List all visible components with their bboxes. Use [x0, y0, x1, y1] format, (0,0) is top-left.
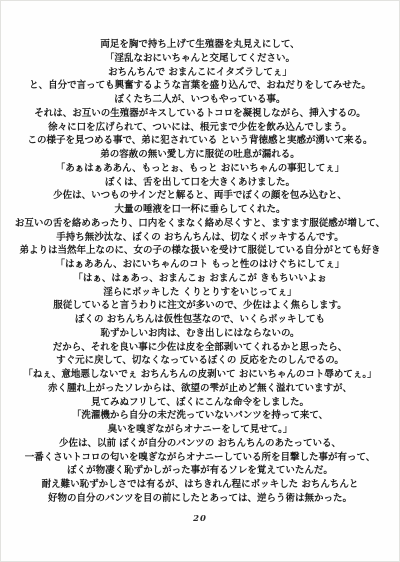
text-line: 少佐は、いつものサインだと解ると、両手でぼくの顔を包み込むと、 — [9, 189, 391, 203]
text-line: 一番くさいトコロの匂いを嗅ぎながらオナニーしている所を目撃した事が有って、 — [9, 451, 391, 465]
text-line: お互いの舌を絡めあったり、口内をくまなく絡め尽くすと、ますます服従感が増して、 — [9, 217, 391, 231]
text-line: と、自分で言っても興奮するような言葉を盛り込んで、おねだりをしてみせた。 — [9, 79, 391, 93]
text-line: 「ねぇ、意地悪しないでぇ おちんちんの皮剥いて おにいちゃんのコト辱めてぇ。」 — [9, 368, 391, 382]
text-line: 少佐は、以前 ぼくが自分のパンツの おちんちんのあたっている、 — [9, 437, 391, 451]
text-line: 恥ずかしいお肉は、むき出しにはならないの。 — [9, 327, 391, 341]
text-line: 弟よりは当然年上なのに、女の子の様な扱いを受けて服従している自分がとても好き — [9, 244, 391, 258]
text-line: 「はぁ、はぁあっ、おまんこぉ おまんこが きもちいいよぉ — [9, 272, 391, 286]
text-line: 赤く腫れ上がったソレからは、欲望の雫が止めど無く溢れていますが、 — [9, 382, 391, 396]
text-line: だから、それを良い事に少佐は皮を全部剥いてくれるかと思ったら、 — [9, 341, 391, 355]
text-line: ぼくの おちんちんは仮性包茎なので、いくらボッキしても — [9, 313, 391, 327]
text-line: 弟の容赦の無い愛し方に服従の吐息が漏れる。 — [9, 148, 391, 162]
text-line: 徐々に口を広げられて、ついには、根元まで少佐を飲み込んでしまう。 — [9, 121, 391, 135]
text-line: 淫らにボッキした くりとりすをいじってぇ」 — [9, 286, 391, 300]
text-line: 大量の唾液を口一杯に垂らしてくれた。 — [9, 203, 391, 217]
text-line: この様子を見つめる事で、弟に犯されている という背徳感と実感が湧いて来る。 — [9, 134, 391, 148]
text-line: 好物の自分のパンツを目の前にしたとあっては、逆らう術は無かった。 — [9, 492, 391, 506]
text-line: 手持ち無沙汰な、ぼくの おちんちんは、切なくボッキするんです。 — [9, 231, 391, 245]
text-block: 両足を胸で持ち上げて生殖器を丸見えにして、「淫乱なおにいちゃんと交尾してください… — [9, 38, 391, 506]
text-line: 「淫乱なおにいちゃんと交尾してください。 — [9, 52, 391, 66]
text-line: おちんちんで おまんこにイタズラしてぇ」 — [9, 66, 391, 80]
text-line: すぐ元に戻して、切なくなっているぼくの 反応をたのしんでるの。 — [9, 354, 391, 368]
text-line: 「洗濯機から自分の未だ洗っていないパンツを持って来て、 — [9, 409, 391, 423]
page-number: 20 — [1, 514, 399, 524]
text-line: 耐え難い恥ずかしさでは有るが、はちきれん程にボッキした おちんちんと — [9, 478, 391, 492]
text-line: ぼくは、舌を出して口を大きくあけました。 — [9, 176, 391, 190]
text-line: それは、お互いの生殖器がキスしているトコロを凝視しながら、挿入するの。 — [9, 107, 391, 121]
text-line: 「あぁはぁああん、もっとぉ、もっと おにいちゃんの事犯してぇ」 — [9, 162, 391, 176]
text-line: 臭いを嗅ぎながらオナニーをして見せて。」 — [9, 423, 391, 437]
text-line: 「はぁああん、おにいちゃんのコト もっと性のはけぐちにしてぇ」 — [9, 258, 391, 272]
text-line: 見てみぬフリして、ぼくにこんな命令をしました。 — [9, 396, 391, 410]
text-line: 服従していると言うわりに注文が多いので、少佐はよく焦らします。 — [9, 299, 391, 313]
text-line: 両足を胸で持ち上げて生殖器を丸見えにして、 — [9, 38, 391, 52]
scanned-page: 両足を胸で持ち上げて生殖器を丸見えにして、「淫乱なおにいちゃんと交尾してください… — [0, 0, 400, 562]
text-line: ぼくが物凄く恥ずかしがった事が有るソレを覚えていたんだ。 — [9, 464, 391, 478]
text-line: ぼくたち二人が、いつもやっている事。 — [9, 93, 391, 107]
